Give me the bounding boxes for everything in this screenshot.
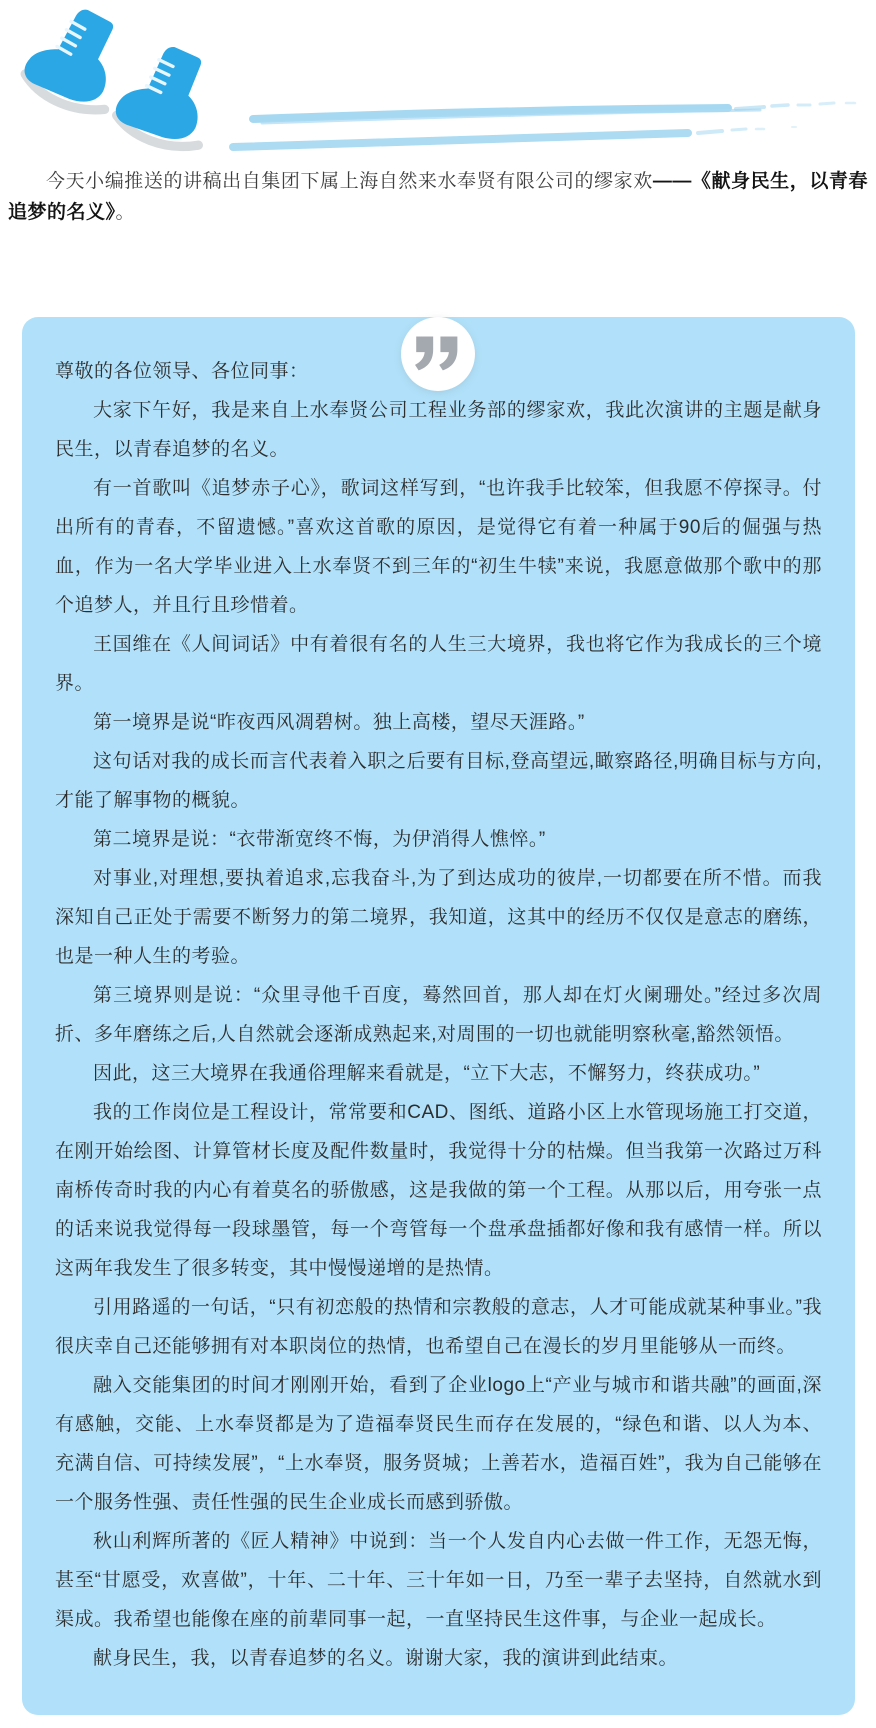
speech-paragraph: 融入交能集团的时间才刚刚开始，看到了企业logo上“产业与城市和谐共融”的画面,…: [55, 1366, 822, 1522]
speech-paragraph: 献身民生，我，以青春追梦的名义。谢谢大家，我的演讲到此结束。: [55, 1639, 822, 1678]
speech-paragraph: 我的工作岗位是工程设计，常常要和CAD、图纸、道路小区上水管现场施工打交道，在刚…: [55, 1093, 822, 1288]
speech-paragraph: 秋山利辉所著的《匠人精神》中说到：当一个人发自内心去做一件工作，无怨无悔，甚至“…: [55, 1522, 822, 1639]
article-page: 今天小编推送的讲稿出自集团下属上海自然来水奉贤有限公司的缪家欢——《献身民生，以…: [0, 0, 876, 1728]
speech-paragraph: 第一境界是说“昨夜西风凋碧树。独上高楼，望尽天涯路。”: [55, 703, 822, 742]
speech-paragraph: 王国维在《人间词话》中有着很有名的人生三大境界，我也将它作为我成长的三个境界。: [55, 625, 822, 703]
quote-section: 尊敬的各位领导、各位同事：大家下午好，我是来自上水奉贤公司工程业务部的缪家欢，我…: [0, 317, 876, 1728]
ice-skates-illustration: [0, 0, 876, 160]
quote-badge: [401, 317, 475, 391]
speech-quote-box: 尊敬的各位领导、各位同事：大家下午好，我是来自上水奉贤公司工程业务部的缪家欢，我…: [22, 317, 855, 1715]
speech-paragraph: 大家下午好，我是来自上水奉贤公司工程业务部的缪家欢，我此次演讲的主题是献身民生，…: [55, 391, 822, 469]
speech-paragraph: 引用路遥的一句话，“只有初恋般的热情和宗教般的意志，人才可能成就某种事业。”我很…: [55, 1288, 822, 1366]
double-quote-icon: [415, 336, 461, 372]
intro-suffix: 。: [116, 202, 136, 223]
trail-strokes: [233, 103, 855, 147]
skates-icon: [18, 0, 214, 150]
speech-paragraph: 第二境界是说：“衣带渐宽终不悔，为伊消得人憔悴。”: [55, 820, 822, 859]
speech-paragraph: 有一首歌叫《追梦赤子心》，歌词这样写到，“也许我手比较笨，但我愿不停探寻。付出所…: [55, 469, 822, 625]
intro-text: 今天小编推送的讲稿出自集团下属上海自然来水奉贤有限公司的缪家欢: [46, 171, 653, 192]
speech-paragraph: 对事业,对理想,要执着追求,忘我奋斗,为了到达成功的彼岸,一切都要在所不惜。而我…: [55, 859, 822, 976]
intro-paragraph: 今天小编推送的讲稿出自集团下属上海自然来水奉贤有限公司的缪家欢——《献身民生，以…: [8, 166, 868, 228]
speech-paragraph: 第三境界则是说：“众里寻他千百度，蓦然回首，那人却在灯火阑珊处。”经过多次周折、…: [55, 976, 822, 1054]
speech-paragraph: 因此，这三大境界在我通俗理解来看就是，“立下大志，不懈努力，终获成功。”: [55, 1054, 822, 1093]
speech-paragraph: 这句话对我的成长而言代表着入职之后要有目标,登高望远,瞰察路径,明确目标与方向,…: [55, 742, 822, 820]
